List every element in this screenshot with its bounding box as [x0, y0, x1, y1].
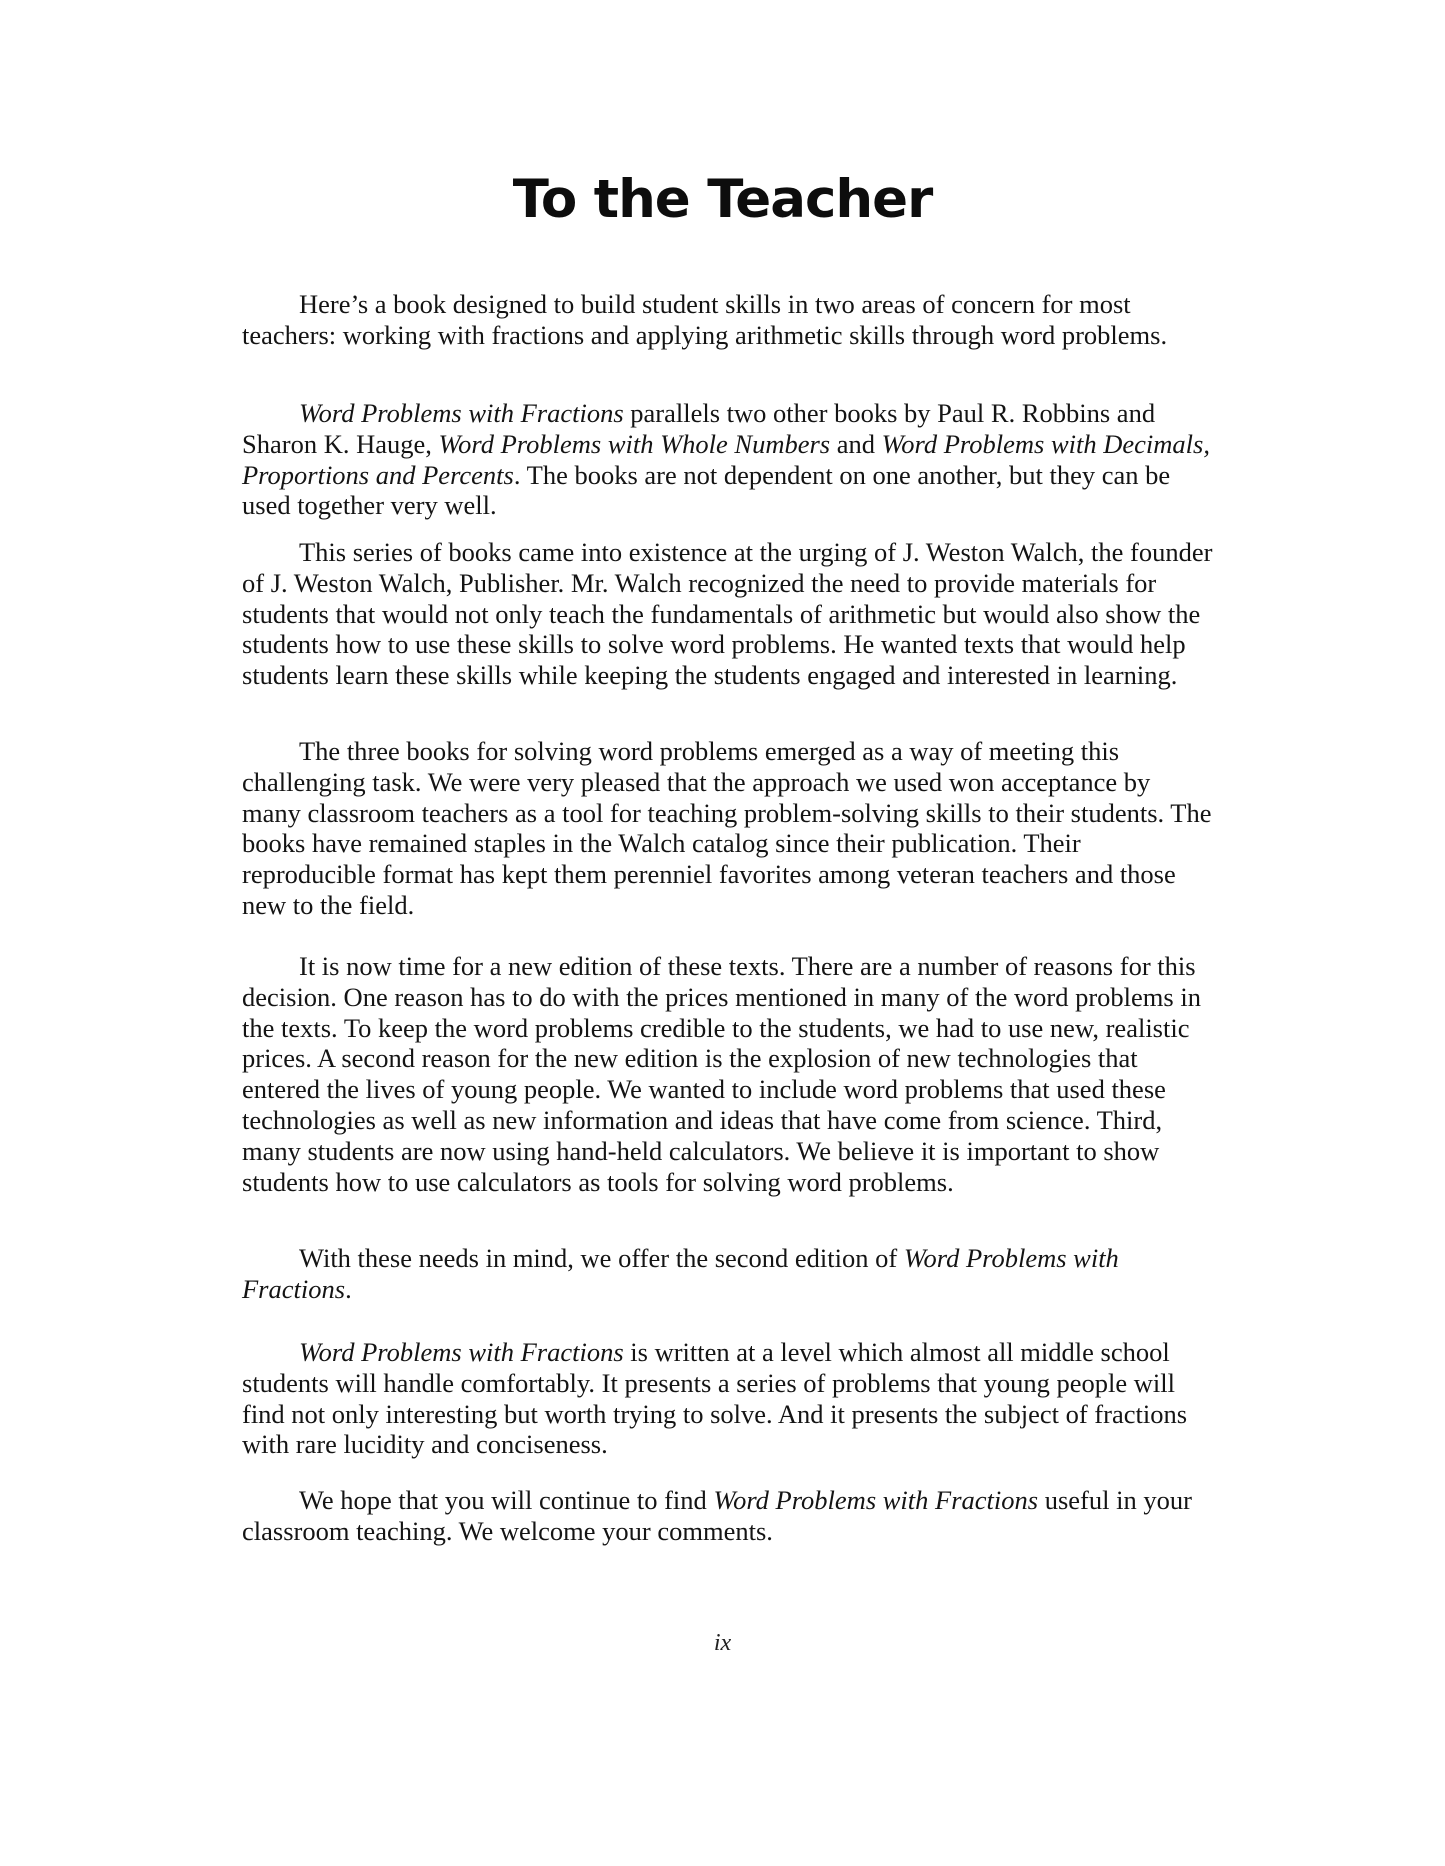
text-segment: We hope that you will continue to find — [299, 1485, 713, 1515]
text-segment: With these needs in mind, we offer the s… — [299, 1243, 904, 1273]
paragraph-level: Word Problems with Fractions is written … — [242, 1337, 1214, 1460]
text-segment: This series of books came into existence… — [242, 537, 1212, 690]
document-page: To the Teacher Here’s a book designed to… — [0, 0, 1445, 1866]
paragraph-acceptance: The three books for solving word problem… — [242, 736, 1214, 921]
paragraph-origin: This series of books came into existence… — [242, 537, 1214, 691]
paragraph-series: Word Problems with Fractions parallels t… — [242, 398, 1214, 521]
text-segment: and — [830, 429, 882, 459]
paragraph-closing: We hope that you will continue to find W… — [242, 1485, 1214, 1547]
paragraph-offer: With these needs in mind, we offer the s… — [242, 1243, 1214, 1305]
book-title: Word Problems with Whole Numbers — [439, 429, 831, 459]
text-segment: . — [345, 1274, 352, 1304]
text-segment: It is now time for a new edition of thes… — [242, 951, 1201, 1197]
page-title: To the Teacher — [0, 165, 1445, 235]
book-title: Word Problems with Fractions — [299, 1337, 624, 1367]
paragraph-intro: Here’s a book designed to build student … — [242, 289, 1214, 351]
text-segment: Here’s a book designed to build student … — [242, 289, 1167, 350]
text-segment: The three books for solving word problem… — [242, 736, 1212, 920]
book-title: Word Problems with Fractions — [299, 398, 624, 428]
paragraph-new-edition: It is now time for a new edition of thes… — [242, 951, 1214, 1197]
book-title: Word Problems with Fractions — [713, 1485, 1038, 1515]
page-number: ix — [0, 1628, 1445, 1658]
